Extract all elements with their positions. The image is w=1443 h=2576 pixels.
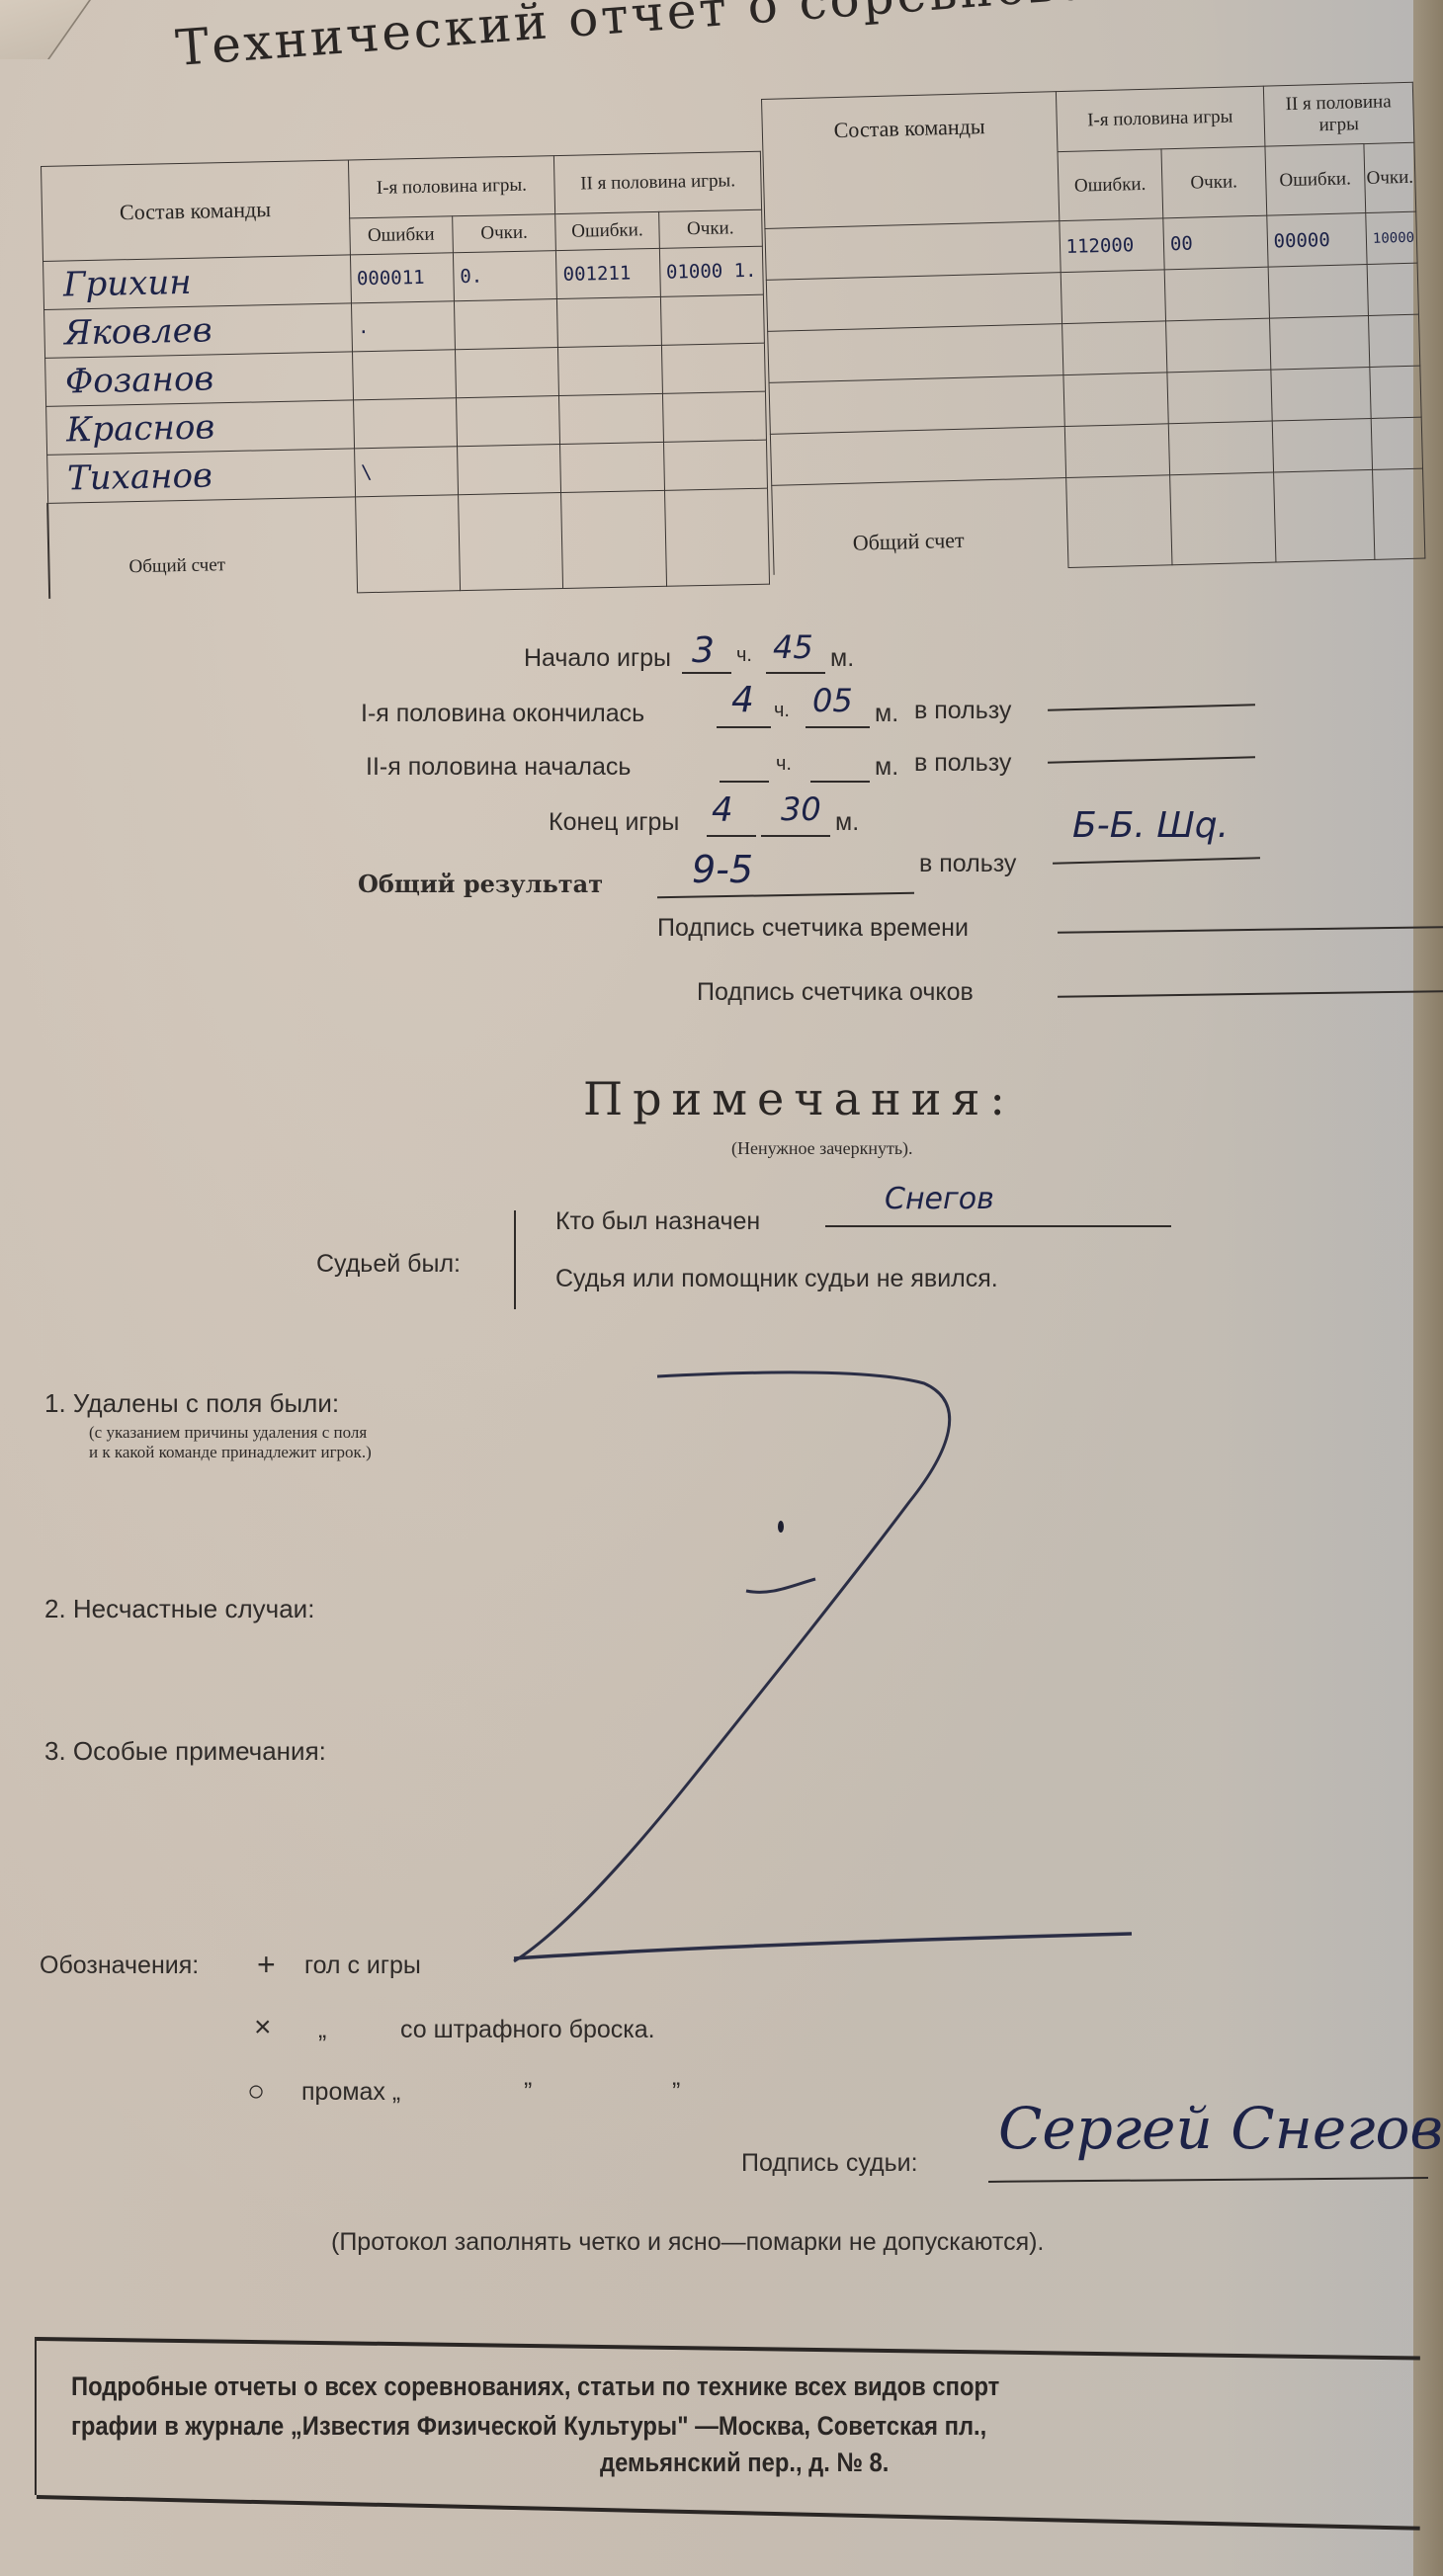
cross-icon: × — [254, 2011, 272, 2044]
half1-favor-field[interactable] — [1048, 704, 1255, 710]
total-cell — [1273, 469, 1375, 561]
half1-end-label: I-я половина окончилась — [361, 700, 644, 728]
h1-errors-cell: 112000 — [1059, 218, 1164, 273]
half2-start-label: II-я половина началась — [366, 753, 631, 782]
hours-unit: ч. — [774, 700, 790, 722]
notes-title: Примечания: — [583, 1072, 1015, 1125]
h2-errors-cell — [1270, 367, 1371, 421]
h1-points-cell: 0. — [453, 251, 556, 301]
result-field[interactable] — [657, 892, 914, 899]
half2-points-header: Очки. — [658, 209, 762, 248]
h1-errors-cell — [1064, 424, 1170, 478]
plus-icon: + — [257, 1947, 276, 1983]
player-name: Яковлев — [43, 303, 352, 359]
note-item-1: 1. Удалены с поля были: — [44, 1388, 339, 1419]
total-cell — [1373, 468, 1425, 559]
total-score-label: Общий счет — [47, 497, 357, 599]
h1-errors-cell — [1061, 270, 1166, 324]
result-label: Общий результат — [358, 870, 603, 898]
player-name — [770, 427, 1065, 486]
legend-cross-text: со штрафного броска. — [400, 2016, 655, 2044]
end-hours-field[interactable] — [707, 835, 756, 837]
half2-errors-header: Ошибки. — [1265, 144, 1366, 216]
half1-end-minutes-value: 05 — [812, 682, 853, 719]
player-name — [768, 324, 1063, 383]
half1-points-header: Очки. — [1161, 146, 1267, 218]
referee-signature-label: Подпись судьи: — [741, 2149, 918, 2178]
h2-points-cell — [660, 294, 764, 345]
note-item-1-hint-2: и к какой команде принадлежит игрок.) — [89, 1443, 372, 1462]
h2-errors-cell — [560, 442, 664, 492]
total-score-label: Общий счет — [772, 478, 1068, 575]
h1-points-cell — [1168, 421, 1273, 475]
player-name: Краснов — [45, 400, 354, 456]
note-item-1-hint-1: (с указанием причины удаления с поля — [89, 1423, 367, 1443]
h2-errors-cell — [1268, 265, 1369, 319]
total-cell — [1170, 472, 1276, 564]
minutes-unit: м. — [875, 700, 898, 728]
h1-errors-cell — [352, 350, 456, 400]
player-name — [769, 375, 1064, 435]
start-label: Начало игры — [524, 644, 671, 673]
h2-points-cell — [1370, 366, 1421, 418]
absent-label: Судья или помощник судьи не явился. — [555, 1265, 998, 1293]
total-cell — [561, 490, 666, 588]
instruction-text: (Протокол заполнять четко и ясно—помарки… — [331, 2228, 1044, 2257]
h1-errors-cell: . — [351, 301, 455, 352]
half1-points-header: Очки. — [453, 214, 556, 253]
result-favor-field[interactable] — [1053, 857, 1260, 864]
h2-errors-cell: 001211 — [556, 248, 660, 298]
left-team-table: Состав команды I-я половина игры. II я п… — [40, 151, 770, 600]
score-keeper-signature-field[interactable] — [1058, 990, 1443, 997]
h2-errors-cell: 00000 — [1266, 213, 1367, 268]
h1-errors-cell — [1061, 321, 1167, 375]
note-item-3: 3. Особые примечания: — [44, 1736, 326, 1767]
roster-header: Состав команды — [41, 160, 350, 261]
end-minutes-field[interactable] — [761, 835, 830, 837]
referee-brace — [514, 1210, 530, 1309]
half2-start-minutes-field[interactable] — [810, 781, 870, 783]
h1-points-cell — [455, 348, 558, 398]
document-title: Технический отчет о соревновании. — [174, 0, 1220, 77]
h2-errors-cell — [559, 393, 663, 444]
player-name — [766, 273, 1061, 332]
footer-line-3: демьянский пер., д. № 8. — [600, 2448, 889, 2478]
hours-unit: ч. — [736, 644, 752, 667]
in-favor-label: в пользу — [914, 749, 1011, 778]
minutes-unit: м. — [835, 808, 859, 837]
half1-end-hours-value: 4 — [731, 680, 754, 720]
h2-errors-cell — [557, 296, 661, 347]
end-minutes-value: 30 — [781, 790, 821, 828]
half2-errors-header: Ошибки. — [555, 211, 659, 250]
legend-plus-text: гол с игры — [304, 1952, 421, 1980]
right-team-table: Состав команды I-я половина игры II я по… — [761, 82, 1425, 576]
referee-label: Судьей был: — [316, 1250, 461, 1279]
minutes-unit: м. — [875, 753, 898, 782]
note-item-2: 2. Несчастные случаи: — [44, 1594, 314, 1624]
half2-points-header: Очки. — [1364, 142, 1416, 212]
h2-points-cell — [661, 343, 765, 393]
end-label: Конец игры — [549, 808, 679, 837]
result-favor-value: Б-Б. Шq. — [1072, 805, 1229, 846]
half1-end-hours-field[interactable] — [717, 726, 771, 728]
footer-line-2: графии в журнале „Известия Физической Ку… — [71, 2411, 986, 2442]
h1-points-cell: 00 — [1163, 215, 1268, 270]
time-keeper-signature-field[interactable] — [1058, 926, 1443, 933]
half1-header: I-я половина игры — [1056, 86, 1265, 151]
h2-errors-cell — [1272, 418, 1373, 472]
total-cell — [664, 488, 769, 586]
start-minutes-value: 45 — [773, 628, 813, 666]
half2-start-hours-field[interactable] — [720, 781, 769, 783]
half2-header: II я половина игры. — [554, 151, 762, 213]
hours-unit: ч. — [776, 753, 792, 776]
end-hours-value: 4 — [712, 790, 733, 830]
half1-errors-header: Ошибки. — [1058, 149, 1163, 221]
folded-corner — [0, 0, 91, 59]
h2-errors-cell — [1269, 315, 1370, 370]
start-hours-value: 3 — [692, 630, 715, 671]
document-page: Технический отчет о соревновании. Состав… — [0, 0, 1413, 2576]
h2-points-cell — [662, 391, 766, 442]
h1-errors-cell: 000011 — [350, 253, 454, 303]
in-favor-label: в пользу — [919, 850, 1016, 878]
h2-points-cell: 10000 — [1366, 211, 1417, 264]
half1-header: I-я половина игры. — [348, 156, 555, 218]
roster-header: Состав команды — [762, 92, 1060, 229]
ditto-mark: ” — [672, 2078, 680, 2107]
time-keeper-label: Подпись счетчика времени — [657, 914, 969, 943]
player-name: Фозанов — [44, 352, 353, 407]
footer-line-1: Подробные отчеты о всех соревнованиях, с… — [71, 2371, 999, 2402]
minutes-unit: м. — [830, 644, 854, 673]
ditto-mark: ” — [524, 2078, 532, 2107]
appointed-label: Кто был назначен — [555, 1207, 760, 1236]
player-name: Грихин — [42, 255, 351, 310]
footer-box: Подробные отчеты о всех соревнованиях, с… — [35, 2337, 1420, 2495]
h1-errors-cell — [353, 398, 457, 449]
ditto-mark: „ — [318, 2016, 326, 2044]
h2-points-cell — [663, 440, 767, 490]
total-cell — [458, 493, 562, 591]
total-cell — [1065, 475, 1172, 567]
appointed-value: Снегов — [885, 1182, 994, 1216]
h2-points-cell — [1367, 263, 1418, 315]
referee-signature-value: Сергей Снегов — [998, 2095, 1443, 2162]
legend-label: Обозначения: — [40, 1952, 199, 1980]
total-cell — [355, 495, 460, 593]
start-minutes-field[interactable] — [766, 672, 825, 674]
legend-circle-text: промах „ — [301, 2078, 400, 2107]
h1-points-cell — [1167, 370, 1272, 424]
result-value: 9-5 — [692, 848, 753, 891]
score-keeper-label: Подпись счетчика очков — [697, 978, 974, 1007]
half2-header: II я половина игры — [1263, 82, 1414, 146]
h2-points-cell: 01000 1. — [659, 246, 763, 296]
h1-points-cell — [457, 445, 560, 495]
start-hours-field[interactable] — [682, 672, 731, 674]
in-favor-label: в пользу — [914, 697, 1011, 725]
h1-points-cell — [456, 396, 559, 447]
h1-points-cell — [454, 299, 557, 350]
referee-signature-field[interactable] — [988, 2177, 1428, 2183]
player-name: Тиханов — [46, 449, 355, 504]
h2-errors-cell — [558, 345, 662, 395]
half1-errors-header: Ошибки — [349, 216, 453, 255]
h1-errors-cell — [1063, 373, 1169, 427]
player-name — [765, 221, 1061, 281]
notes-subtitle: (Ненужное зачеркнуть). — [731, 1138, 913, 1159]
circle-icon: ○ — [247, 2075, 265, 2109]
half1-end-minutes-field[interactable] — [806, 726, 870, 728]
footer-bottom-border — [37, 2495, 1420, 2531]
h1-errors-cell: \ — [354, 447, 458, 497]
footer-top-border — [37, 2337, 1420, 2361]
h1-points-cell — [1164, 267, 1269, 321]
appointed-field[interactable] — [825, 1225, 1171, 1227]
h2-points-cell — [1371, 417, 1422, 469]
half2-favor-field[interactable] — [1048, 756, 1255, 763]
h2-points-cell — [1368, 314, 1419, 367]
h1-points-cell — [1165, 318, 1270, 373]
